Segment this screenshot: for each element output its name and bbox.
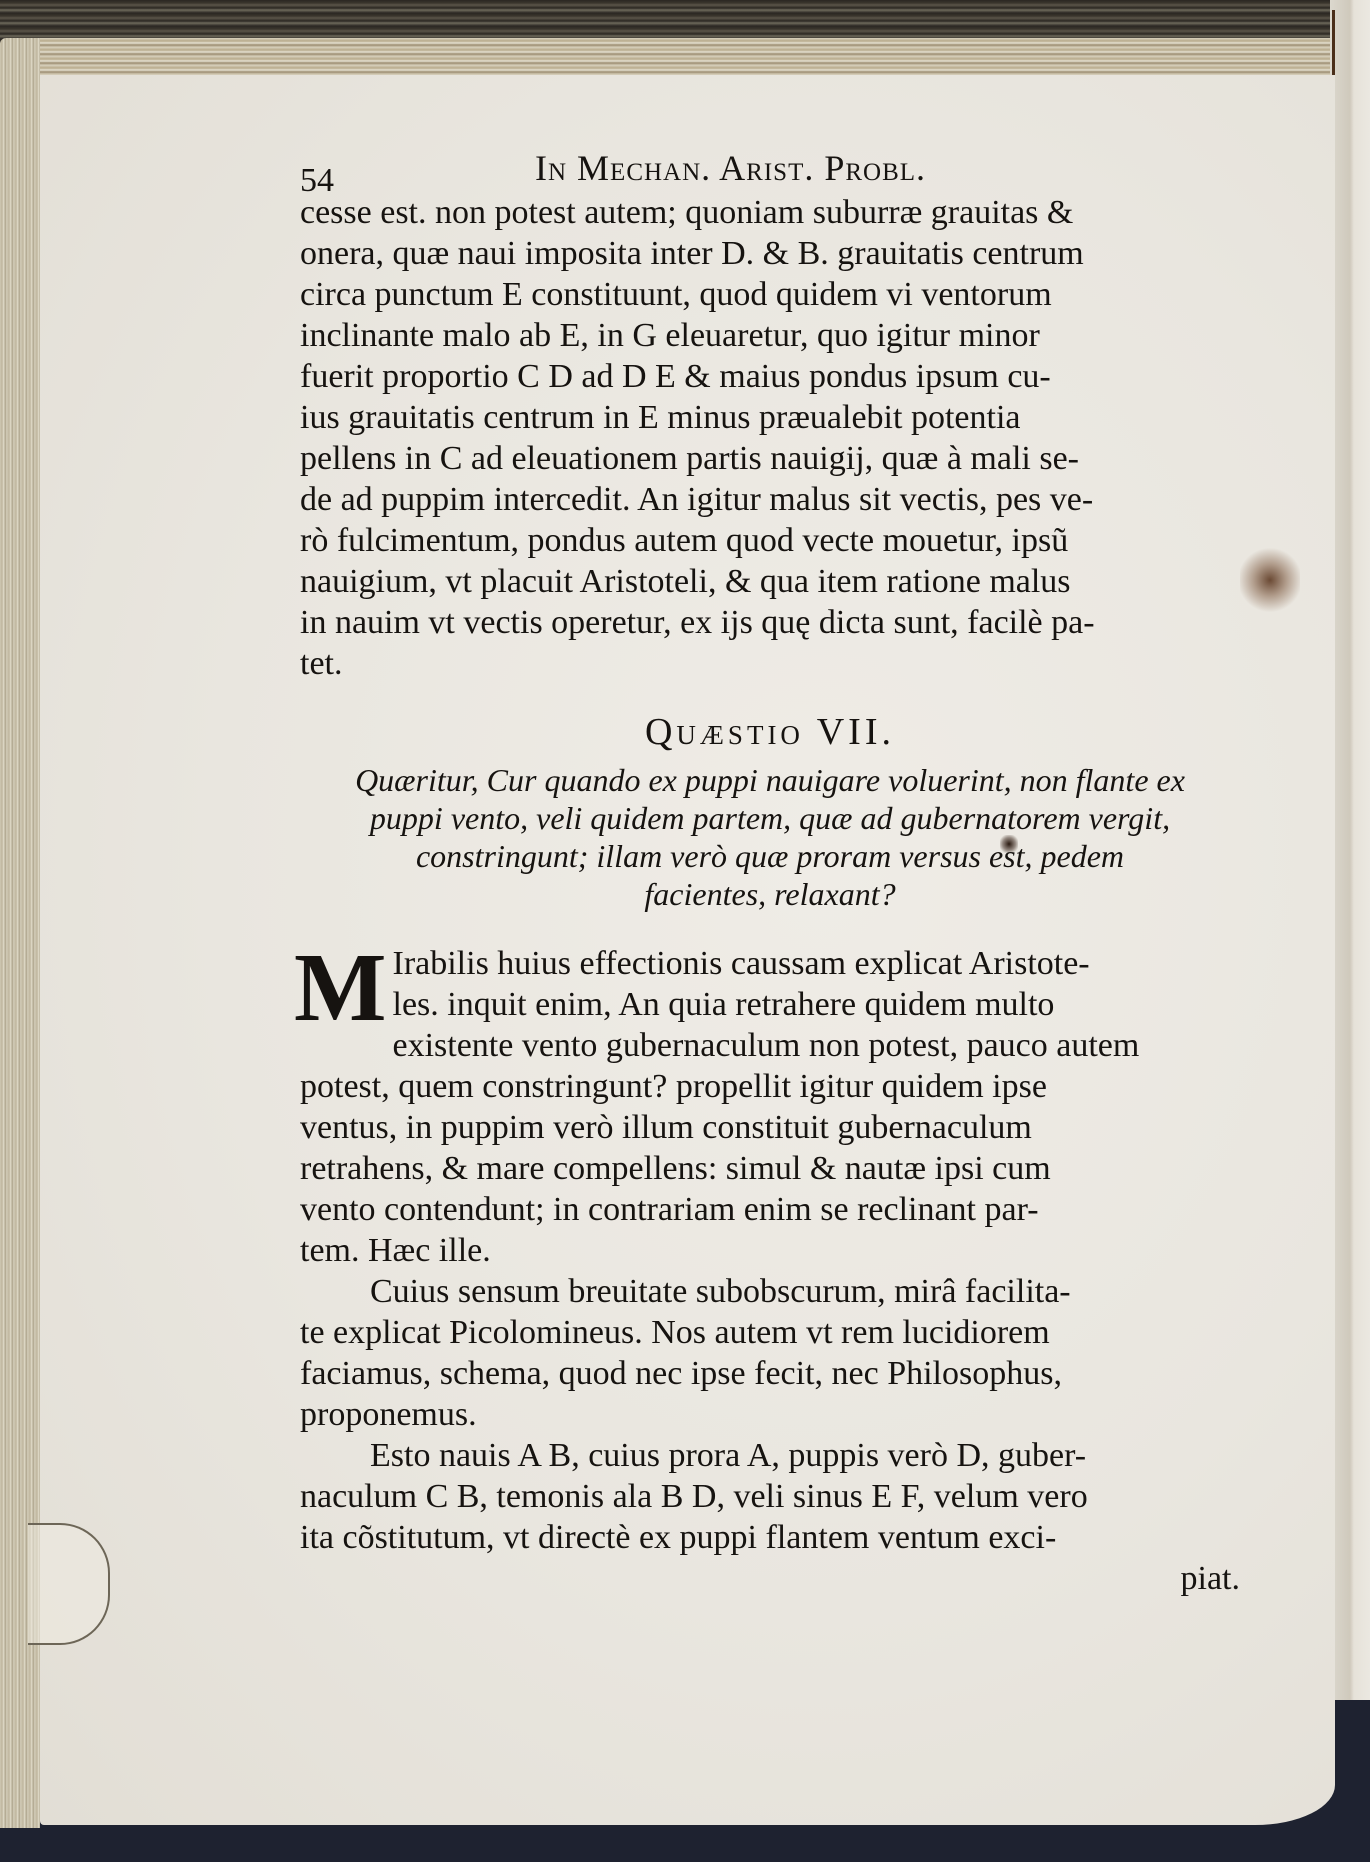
text-line: circa punctum E constituunt, quod quidem… bbox=[300, 274, 1240, 315]
text-line: ventus, in puppim verò illum constituit … bbox=[300, 1107, 1240, 1148]
text-line: Irabilis huius effectionis caussam expli… bbox=[300, 943, 1240, 984]
text-line: proponemus. bbox=[300, 1394, 1240, 1435]
text-line: Cuius sensum breuitate subobscurum, mirâ… bbox=[300, 1271, 1240, 1312]
text-block: 54 In Mechan. Arist. Probl. cesse est. n… bbox=[300, 148, 1240, 1599]
running-head-title: In Mechan. Arist. Probl. bbox=[535, 148, 926, 189]
page-stack-top bbox=[0, 38, 1330, 78]
facing-page-gutter bbox=[1330, 0, 1370, 1700]
ink-stain bbox=[1240, 545, 1300, 615]
text-line: potest, quem constringunt? propellit igi… bbox=[300, 1066, 1240, 1107]
page-number: 54 bbox=[300, 160, 334, 201]
text-line: de ad puppim intercedit. An igitur malus… bbox=[300, 479, 1240, 520]
question-line: constringunt; illam verò quæ proram vers… bbox=[300, 837, 1240, 875]
text-line: ius grauitatis centrum in E minus præual… bbox=[300, 397, 1240, 438]
text-line: naculum C B, temonis ala B D, veli sinus… bbox=[300, 1476, 1240, 1517]
paragraph-2: M Irabilis huius effectionis caussam exp… bbox=[300, 943, 1240, 1271]
section-heading: Quæstio VII. bbox=[300, 712, 1240, 753]
paragraph-3: Cuius sensum breuitate subobscurum, mirâ… bbox=[300, 1271, 1240, 1435]
page-clip-icon bbox=[28, 1523, 110, 1645]
text-line: ita cõstitutum, vt directè ex puppi flan… bbox=[300, 1517, 1240, 1558]
paragraph-1: cesse est. non potest autem; quoniam sub… bbox=[300, 192, 1240, 684]
text-line: nauigium, vt placuit Aristoteli, & qua i… bbox=[300, 561, 1240, 602]
text-line: tem. Hæc ille. bbox=[300, 1230, 1240, 1271]
running-head: 54 In Mechan. Arist. Probl. bbox=[300, 148, 1240, 192]
text-line: pellens in C ad eleuationem partis nauig… bbox=[300, 438, 1240, 479]
text-line: tet. bbox=[300, 643, 1240, 684]
text-line: inclinante malo ab E, in G eleuaretur, q… bbox=[300, 315, 1240, 356]
text-line: fuerit proportio C D ad D E & maius pond… bbox=[300, 356, 1240, 397]
paragraph-4: Esto nauis A B, cuius prora A, puppis ve… bbox=[300, 1435, 1240, 1599]
question-line: Quæritur, Cur quando ex puppi nauigare v… bbox=[300, 761, 1240, 799]
text-line: faciamus, schema, quod nec ipse fecit, n… bbox=[300, 1353, 1240, 1394]
text-line: cesse est. non potest autem; quoniam sub… bbox=[300, 192, 1240, 233]
text-line: te explicat Picolomineus. Nos autem vt r… bbox=[300, 1312, 1240, 1353]
text-line: vento contendunt; in contrariam enim se … bbox=[300, 1189, 1240, 1230]
question-line: puppi vento, veli quidem partem, quæ ad … bbox=[300, 799, 1240, 837]
drop-cap: M bbox=[294, 949, 387, 1027]
text-line: piat. bbox=[300, 1558, 1240, 1599]
text-line: Esto nauis A B, cuius prora A, puppis ve… bbox=[300, 1435, 1240, 1476]
text-line: retrahens, & mare compellens: simul & na… bbox=[300, 1148, 1240, 1189]
text-line: onera, quæ naui imposita inter D. & B. g… bbox=[300, 233, 1240, 274]
text-line: rò fulcimentum, pondus autem quod vecte … bbox=[300, 520, 1240, 561]
question-text: Quæritur, Cur quando ex puppi nauigare v… bbox=[300, 761, 1240, 913]
text-line: les. inquit enim, An quia retrahere quid… bbox=[300, 984, 1240, 1025]
question-line: facientes, relaxant? bbox=[300, 875, 1240, 913]
text-line: in nauim vt vectis operetur, ex ijs quę … bbox=[300, 602, 1240, 643]
text-line: existente vento gubernaculum non potest,… bbox=[300, 1025, 1240, 1066]
